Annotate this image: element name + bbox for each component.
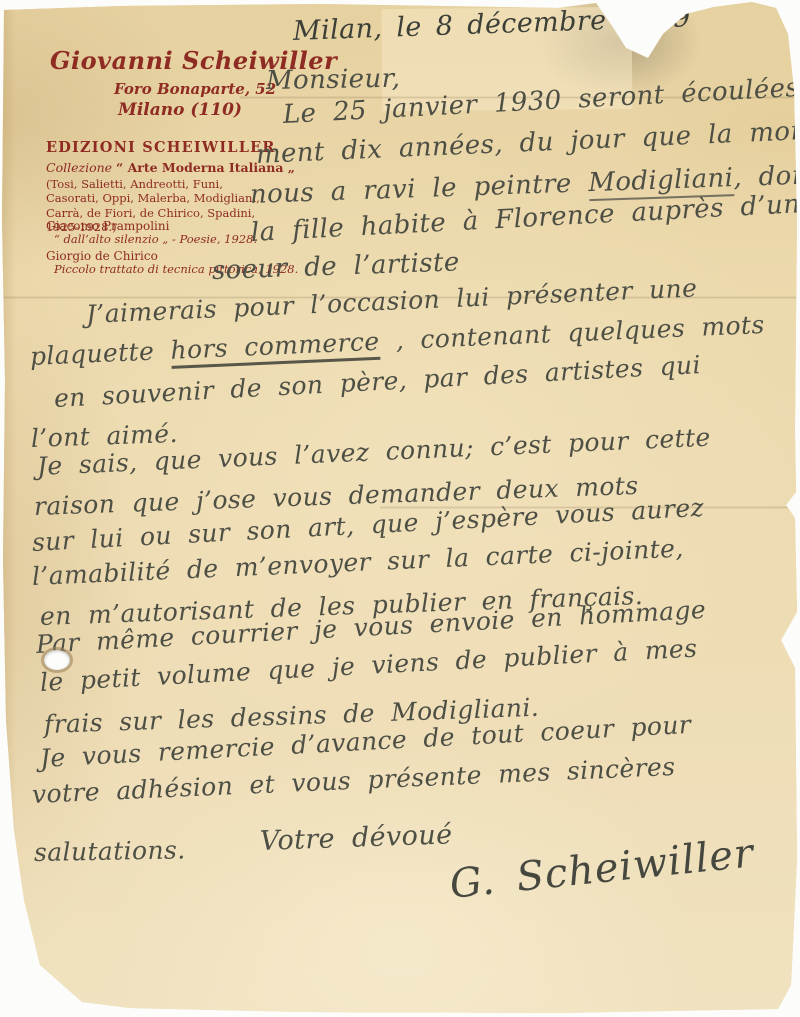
signature: G. Scheiwiller xyxy=(448,830,757,908)
collection-label: Collezione xyxy=(46,160,112,175)
letterhead-book2-author: Giorgio de Chirico xyxy=(46,249,158,263)
paper-hole xyxy=(44,650,70,670)
handwritten-line: salutations. xyxy=(34,835,186,867)
letterhead-book1-title: “ dall’alto silenzio „ - Poesie, 1928. xyxy=(54,232,257,246)
handwritten-line: soeur de l’artiste xyxy=(211,247,460,286)
salutation: Monsieur, xyxy=(266,64,401,96)
letterhead-city: Milano (110) xyxy=(118,100,242,120)
line-text: , dont xyxy=(733,160,800,193)
letterhead-street: Foro Bonaparte, 52 xyxy=(114,80,276,98)
line-text: plaquette xyxy=(29,336,171,371)
underlined-phrase-hors-commerce: hors commerce xyxy=(170,327,380,369)
closing: Votre dévoué xyxy=(259,819,453,857)
letterhead-book1-author: Giacomo Prampolini xyxy=(46,219,169,233)
letter-scan: Giovanni Scheiwiller Foro Bonaparte, 52 … xyxy=(0,0,800,1017)
letterhead-publisher: EDIZIONI SCHEIWILLER xyxy=(46,139,276,156)
paper-sheet: Giovanni Scheiwiller Foro Bonaparte, 52 … xyxy=(0,0,800,1017)
line-text: , contenant quelques mots xyxy=(379,310,765,356)
